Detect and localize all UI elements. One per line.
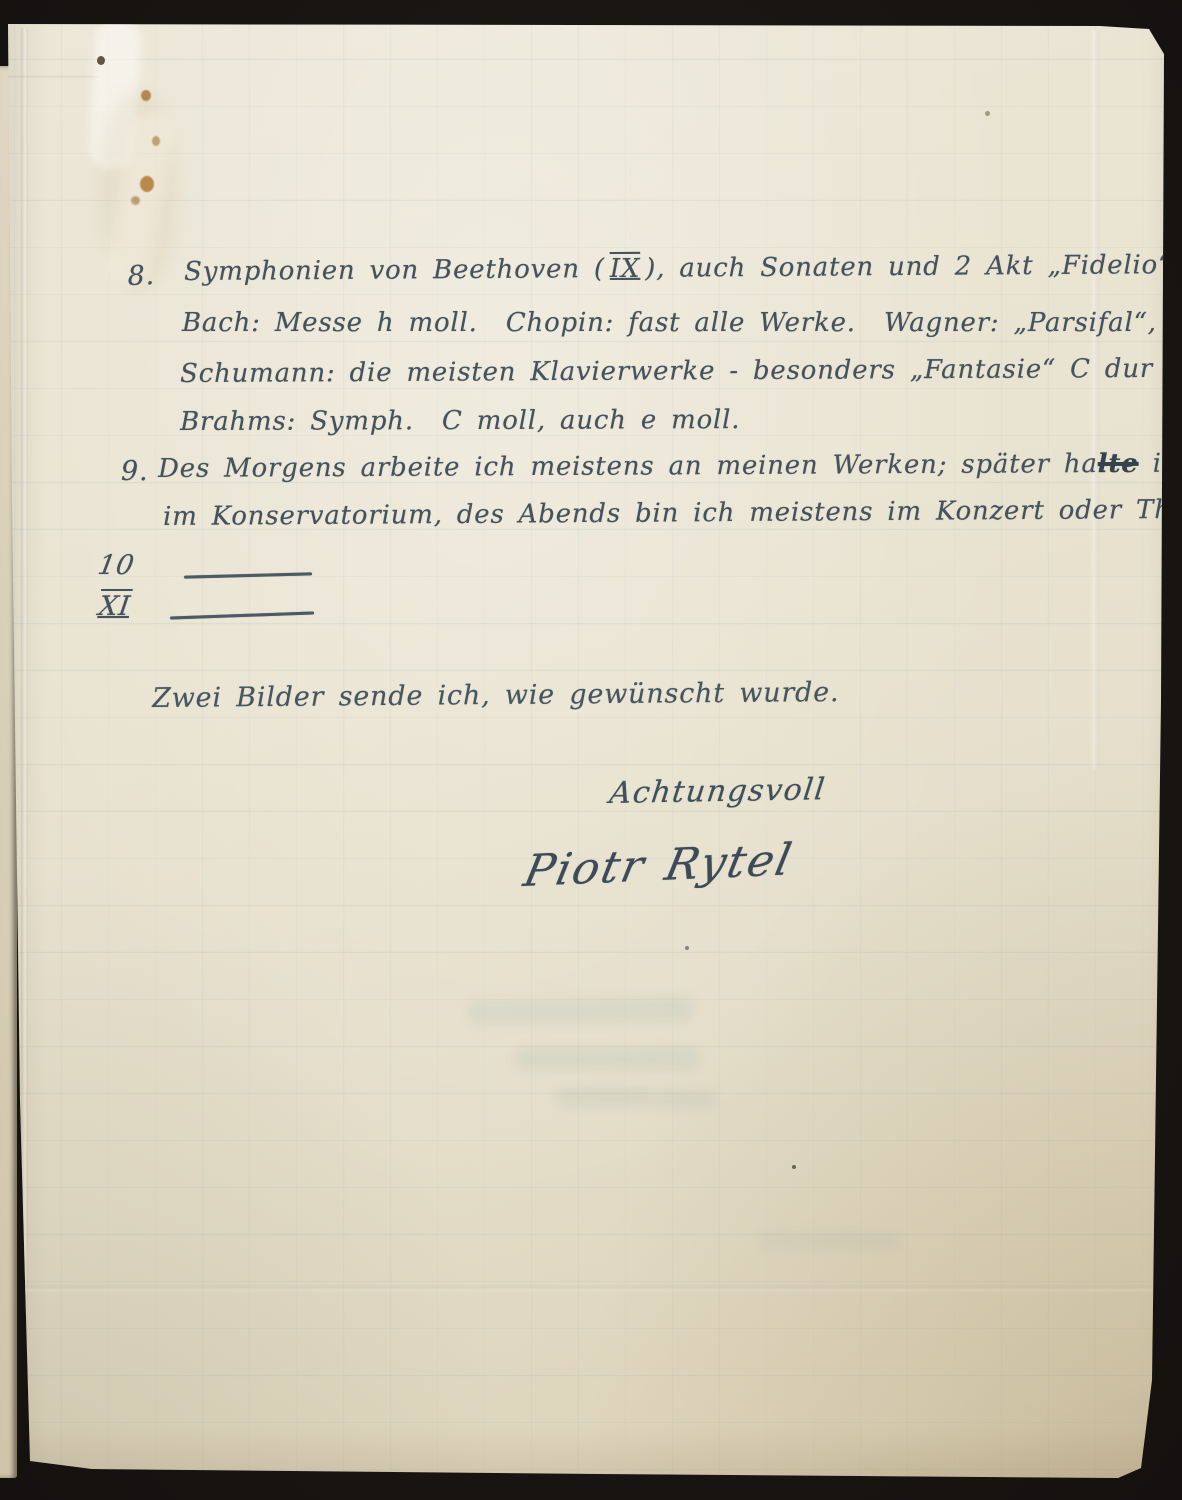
item-9-line-1-post: ich Vorträge bbox=[1139, 448, 1182, 479]
letter-page: 8. Symphonien von Beethoven (IX), auch S… bbox=[0, 0, 1182, 1500]
item-8-number: 8. bbox=[127, 260, 155, 292]
horizontal-fold-crease bbox=[22, 1286, 1152, 1291]
item-8-line-4: Brahms: Symph. C moll, auch e moll. bbox=[180, 405, 740, 437]
rust-spot bbox=[131, 196, 140, 205]
postscript-line: Zwei Bilder sende ich, wie gewünscht wur… bbox=[152, 677, 839, 714]
item-9-corrected-word: lte bbox=[1098, 449, 1139, 479]
item-9-number: 9. bbox=[121, 456, 148, 487]
ink-speck bbox=[97, 56, 105, 65]
right-vertical-crease bbox=[1090, 30, 1099, 770]
paper-speck bbox=[985, 111, 990, 116]
roman-numeral-ix: IX bbox=[605, 254, 646, 284]
archival-photo-background: 8. Symphonien von Beethoven (IX), auch S… bbox=[0, 0, 1182, 1500]
rust-spot bbox=[141, 90, 151, 101]
top-left-crease bbox=[8, 76, 98, 79]
item-10-number: 10 bbox=[96, 550, 137, 581]
rust-spot bbox=[152, 136, 160, 146]
valediction: Achtungsvoll bbox=[608, 772, 828, 811]
item-8-line-1-post: ), auch Sonaten und 2 Akt „Fidelio“. bbox=[645, 250, 1181, 284]
ink-showthrough bbox=[760, 1232, 900, 1250]
ink-dot bbox=[792, 1165, 796, 1169]
left-fold-crease bbox=[21, 28, 28, 1464]
ink-showthrough bbox=[468, 996, 693, 1026]
item-8-line-3: Schumann: die meisten Klavierwerke - bes… bbox=[180, 353, 1182, 389]
item-8-line-1-pre: Symphonien von Beethoven ( bbox=[184, 254, 605, 287]
paper-shading bbox=[0, 0, 1182, 1500]
ink-showthrough bbox=[556, 1087, 716, 1110]
rust-spot bbox=[140, 176, 154, 192]
ink-showthrough bbox=[515, 1048, 700, 1070]
item-9-line-1: Des Morgens arbeite ich meistens an mein… bbox=[158, 448, 1182, 484]
item-9-line-1-pre: Des Morgens arbeite ich meistens an mein… bbox=[158, 449, 1098, 484]
item-11-number: XI bbox=[97, 591, 133, 622]
ink-dot bbox=[685, 946, 689, 950]
item-8-line-2: Bach: Messe h moll. Chopin: fast alle We… bbox=[182, 308, 1182, 338]
